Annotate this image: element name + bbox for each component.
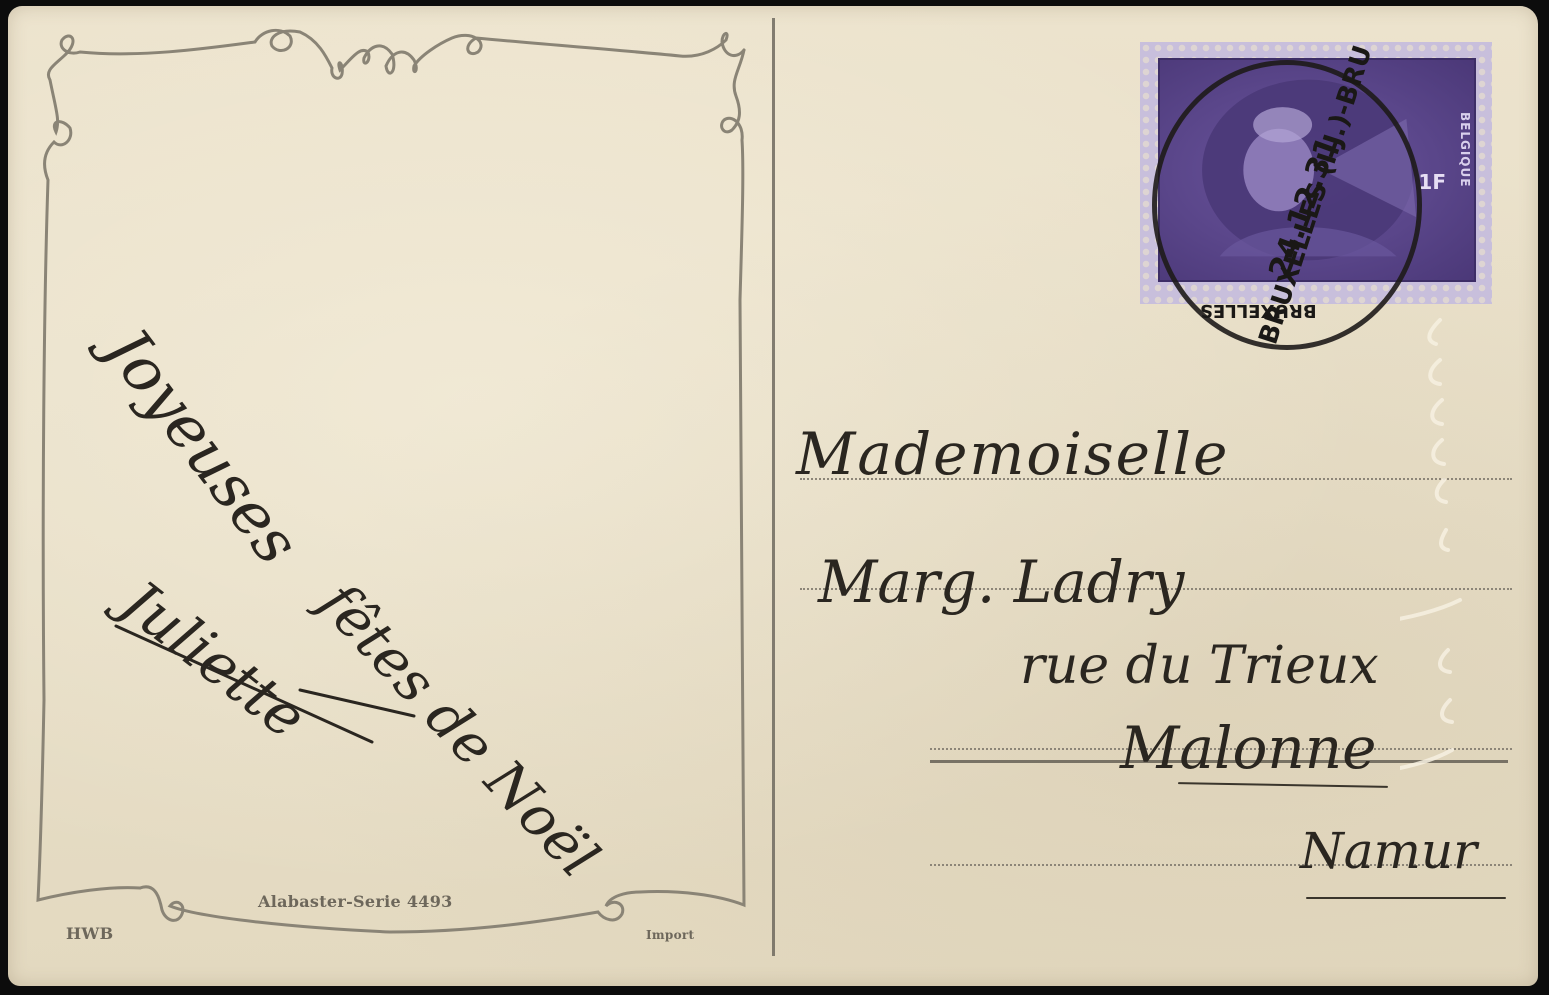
- stamp-country: BELGIQUE: [1458, 112, 1472, 187]
- recipient-region: Namur: [1300, 822, 1477, 880]
- publisher-mark: HWB: [66, 924, 114, 943]
- embossed-floral-icon: [1400, 300, 1480, 860]
- region-underline: [1306, 897, 1506, 899]
- import-mark: Import: [646, 928, 694, 942]
- center-divider: [772, 18, 775, 956]
- recipient-city: Malonne: [1120, 714, 1376, 782]
- postmark-sub: BRUXELLES: [1200, 300, 1317, 321]
- stamp-value: 1F: [1418, 170, 1446, 194]
- recipient-name: Marg. Ladry: [818, 548, 1184, 616]
- recipient-title: Mademoiselle: [796, 420, 1229, 488]
- series-label: Alabaster-Serie 4493: [258, 892, 453, 911]
- recipient-street: rue du Trieux: [1020, 636, 1379, 696]
